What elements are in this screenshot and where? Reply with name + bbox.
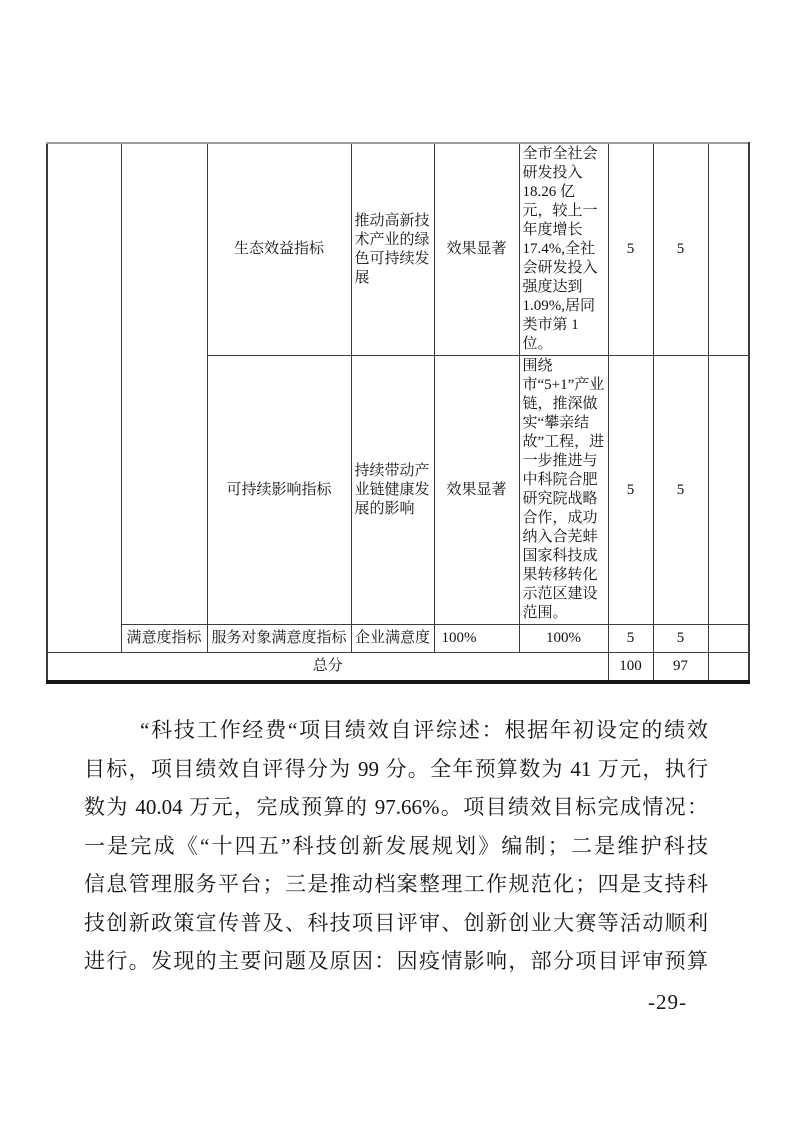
eco-indicator-detail-cell: 推动高新技术产业的绿色可持续发展	[351, 143, 434, 356]
satisfaction-score-self-cell: 5	[653, 625, 708, 653]
summary-line: 目标，项目绩效自评得分为 99 分。全年预算数为 41 万元，执行	[84, 750, 708, 789]
summary-line: 一是完成《“十四五”科技创新发展规划》编制；二是维护科技	[84, 827, 708, 866]
summary-line: 数为 40.04 万元，完成预算的 97.66%。项目绩效目标完成情况：	[84, 788, 708, 827]
satisfaction-category-cell: 满意度指标	[121, 625, 207, 653]
sustain-remark-cell-empty	[708, 356, 749, 625]
satisfaction-row: 满意度指标 服务对象满意度指标 企业满意度 100% 100% 5 5	[47, 625, 749, 653]
eco-score-full-cell: 5	[608, 143, 653, 356]
performance-indicator-table: 生态效益指标 推动高新技术产业的绿色可持续发展 效果显著 全市全社会研发投入 1…	[46, 142, 750, 684]
sustain-indicator-detail-cell: 持续带动产业链健康发展的影响	[351, 356, 434, 625]
total-score-self-cell: 97	[653, 653, 708, 682]
eco-target-cell: 效果显著	[434, 143, 519, 356]
summary-line: 技创新政策宣传普及、科技项目评审、创新创业大赛等活动顺利	[84, 904, 708, 943]
eco-benefit-row: 生态效益指标 推动高新技术产业的绿色可持续发展 效果显著 全市全社会研发投入 1…	[47, 143, 749, 356]
sustain-target-cell: 效果显著	[434, 356, 519, 625]
indicator-group-cell-empty	[47, 143, 121, 653]
total-remark-cell-empty	[708, 653, 749, 682]
summary-line: “科技工作经费“项目绩效自评综述：根据年初设定的绩效	[84, 711, 708, 750]
satisfaction-score-full-cell: 5	[608, 625, 653, 653]
total-score-row: 总分 100 97	[47, 653, 749, 682]
total-score-full-cell: 100	[608, 653, 653, 682]
eco-indicator-name-cell: 生态效益指标	[207, 143, 351, 356]
eco-remark-cell-empty	[708, 143, 749, 356]
summary-line: 信息管理服务平台；三是推动档案整理工作规范化；四是支持科	[84, 865, 708, 904]
sustain-actual-cell: 围绕市“5+1”产业链，推深做实“攀亲结故”工程，进一步推进与中科院合肥研究院战…	[519, 356, 608, 625]
page-number: -29-	[648, 990, 687, 1015]
total-label-cell: 总分	[47, 653, 608, 682]
self-evaluation-summary: “科技工作经费“项目绩效自评综述：根据年初设定的绩效 目标，项目绩效自评得分为 …	[84, 711, 708, 981]
satisfaction-indicator-name-cell: 服务对象满意度指标	[207, 625, 351, 653]
satisfaction-target-cell: 100%	[434, 625, 519, 653]
satisfaction-detail-cell: 企业满意度	[351, 625, 434, 653]
sustain-score-self-cell: 5	[653, 356, 708, 625]
sustain-score-full-cell: 5	[608, 356, 653, 625]
satisfaction-actual-cell: 100%	[519, 625, 608, 653]
eco-actual-cell: 全市全社会研发投入 18.26 亿元，较上一年度增长 17.4%,全社会研发投入…	[519, 143, 608, 356]
document-page: 生态效益指标 推动高新技术产业的绿色可持续发展 效果显著 全市全社会研发投入 1…	[0, 0, 793, 1122]
sustain-indicator-name-cell: 可持续影响指标	[207, 356, 351, 625]
satisfaction-remark-cell-empty	[708, 625, 749, 653]
indicator-category-cell-empty	[121, 143, 207, 625]
eco-score-self-cell: 5	[653, 143, 708, 356]
summary-line: 进行。发现的主要问题及原因：因疫情影响，部分项目评审预算	[84, 942, 708, 981]
